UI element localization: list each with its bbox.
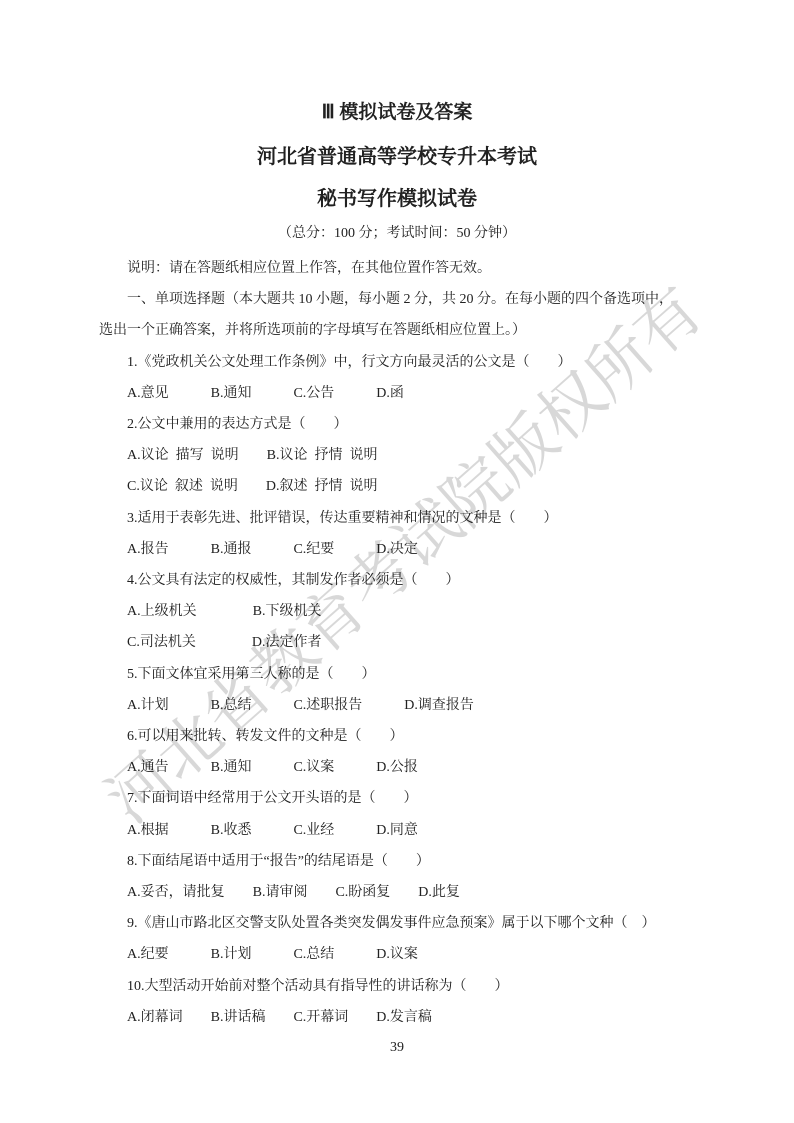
question-4-stem: 4.公文具有法定的权威性，其制发作者必须是（ ）	[99, 565, 695, 596]
question-3-stem: 3.适用于表彰先进、批评错误，传达重要精神和情况的文种是（ ）	[99, 503, 695, 534]
page-content: Ⅲ 模拟试卷及答案 河北省普通高等学校专升本考试 秘书写作模拟试卷 （总分：10…	[99, 0, 695, 1033]
instructions-line: 说明：请在答题纸相应位置上作答，在其他位置作答无效。	[99, 253, 695, 284]
paper-body: 说明：请在答题纸相应位置上作答，在其他位置作答无效。 一、单项选择题（本大题共 …	[99, 253, 695, 1033]
section-title: Ⅲ 模拟试卷及答案	[99, 0, 695, 127]
question-9-options: A.纪要 B.计划 C.总结 D.议案	[99, 939, 695, 970]
question-4-options-line-1: A.上级机关 B.下级机关	[99, 596, 695, 627]
question-10-options: A.闭幕词 B.讲话稿 C.开幕词 D.发言稿	[99, 1002, 695, 1033]
question-10-stem: 10.大型活动开始前对整个活动具有指导性的讲话称为（ ）	[99, 971, 695, 1002]
page-number: 39	[0, 1038, 794, 1058]
section-heading-line-1: 一、单项选择题（本大题共 10 小题，每小题 2 分，共 20 分。在每小题的四…	[99, 284, 695, 315]
question-2-options-line-2: C.议论 叙述 说明 D.叙述 抒情 说明	[99, 471, 695, 502]
question-5-options: A.计划 B.总结 C.述职报告 D.调查报告	[99, 690, 695, 721]
question-7-options: A.根据 B.收悉 C.业经 D.同意	[99, 815, 695, 846]
exam-title: 河北省普通高等学校专升本考试	[99, 142, 695, 172]
score-time-meta: （总分：100 分；考试时间：50 分钟）	[99, 224, 695, 244]
question-6-stem: 6.可以用来批转、转发文件的文种是（ ）	[99, 721, 695, 752]
question-8-options: A.妥否，请批复 B.请审阅 C.盼函复 D.此复	[99, 877, 695, 908]
question-1-options: A.意见 B.通知 C.公告 D.函	[99, 378, 695, 409]
question-8-stem: 8.下面结尾语中适用于“报告”的结尾语是（ ）	[99, 846, 695, 877]
question-6-options: A.通告 B.通知 C.议案 D.公报	[99, 752, 695, 783]
question-1-stem: 1.《党政机关公文处理工作条例》中，行文方向最灵活的公文是（ ）	[99, 347, 695, 378]
question-2-options-line-1: A.议论 描写 说明 B.议论 抒情 说明	[99, 440, 695, 471]
question-9-stem: 9.《唐山市路北区交警支队处置各类突发偶发事件应急预案》属于以下哪个文种（ ）	[99, 908, 695, 939]
question-5-stem: 5.下面文体宜采用第三人称的是（ ）	[99, 659, 695, 690]
question-3-options: A.报告 B.通报 C.纪要 D.决定	[99, 534, 695, 565]
question-7-stem: 7.下面词语中经常用于公文开头语的是（ ）	[99, 783, 695, 814]
exam-paper-page: 河北省教育考试院版权所有 Ⅲ 模拟试卷及答案 河北省普通高等学校专升本考试 秘书…	[0, 0, 794, 1123]
section-heading-line-2: 选出一个正确答案，并将所选项前的字母填写在答题纸相应位置上。）	[99, 315, 695, 346]
question-4-options-line-2: C.司法机关 D.法定作者	[99, 627, 695, 658]
question-2-stem: 2.公文中兼用的表达方式是（ ）	[99, 409, 695, 440]
paper-title: 秘书写作模拟试卷	[99, 184, 695, 214]
